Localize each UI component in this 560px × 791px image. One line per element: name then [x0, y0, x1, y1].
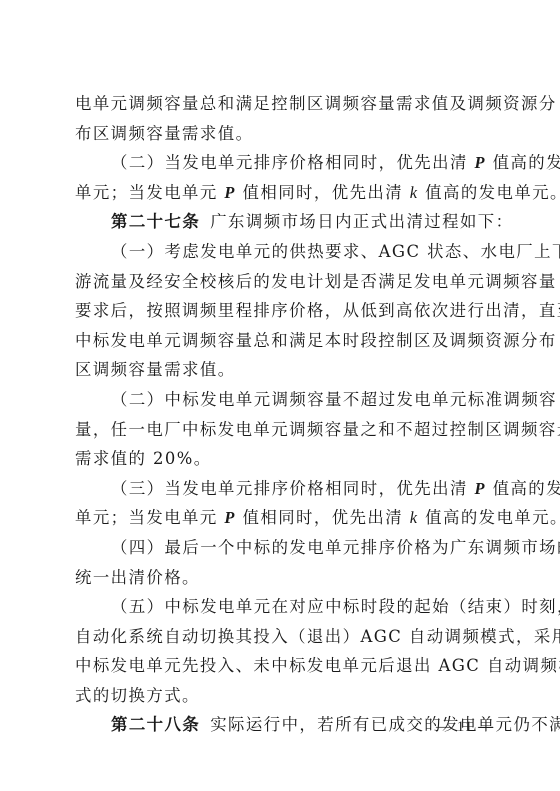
text-line: 需求值的 20%。	[75, 444, 489, 474]
variable-p: P	[224, 183, 235, 202]
text-segment: 单元；当发电单元	[75, 183, 224, 202]
document-page: 电单元调频容量总和满足控制区调频容量需求值及调频资源分 布区调频容量需求值。 （…	[0, 0, 560, 791]
variable-p: P	[474, 153, 485, 172]
text-segment: （三）当发电单元排序价格相同时，优先出清	[111, 479, 474, 498]
text-line: （二）当发电单元排序价格相同时，优先出清 P 值高的发电	[75, 148, 489, 178]
text-line: （三）当发电单元排序价格相同时，优先出清 P 值高的发电	[75, 474, 489, 504]
text-line: 电单元调频容量总和满足控制区调频容量需求值及调频资源分	[75, 89, 489, 119]
text-line: 区调频容量需求值。	[75, 355, 489, 385]
text-line: 式的切换方式。	[75, 681, 489, 711]
article-heading-line: 第二十七条广东调频市场日内正式出清过程如下：	[75, 207, 489, 237]
text-line: 单元；当发电单元 P 值相同时，优先出清 k 值高的发电单元。	[75, 503, 489, 533]
text-segment: 值相同时，优先出清	[236, 508, 410, 527]
text-line: （一）考虑发电单元的供热要求、AGC 状态、水电厂上下	[75, 237, 489, 267]
article-number: 第二十八条	[111, 715, 200, 734]
text-line: 量，任一电厂中标发电单元调频容量之和不超过控制区调频容量	[75, 415, 489, 445]
text-line: 统一出清价格。	[75, 563, 489, 593]
text-line: 要求后，按照调频里程排序价格，从低到高依次进行出清，直至	[75, 296, 489, 326]
text-line: （四）最后一个中标的发电单元排序价格为广东调频市场的	[75, 533, 489, 563]
text-line: （二）中标发电单元调频容量不超过发电单元标准调频容	[75, 385, 489, 415]
text-segment: 单元；当发电单元	[75, 508, 224, 527]
text-line: 中标发电单元调频容量总和满足本时段控制区及调频资源分布	[75, 326, 489, 356]
text-line: 单元；当发电单元 P 值相同时，优先出清 k 值高的发电单元。	[75, 178, 489, 208]
text-line: 中标发电单元先投入、未中标发电单元后退出 AGC 自动调频模	[75, 651, 489, 681]
text-line: 游流量及经安全校核后的发电计划是否满足发电单元调频容量	[75, 267, 489, 297]
article-number: 第二十七条	[111, 212, 200, 231]
text-line: （五）中标发电单元在对应中标时段的起始（结束）时刻，	[75, 592, 489, 622]
text-segment: 值高的发电	[486, 153, 560, 172]
variable-p: P	[224, 508, 235, 527]
text-segment: （二）当发电单元排序价格相同时，优先出清	[111, 153, 474, 172]
page-number: — 11 —	[436, 719, 494, 736]
text-segment: 值高的发电单元。	[418, 508, 560, 527]
text-segment: 广东调频市场日内正式出清过程如下：	[210, 212, 513, 231]
article-heading-line: 第二十八条实际运行中，若所有已成交的发电单元仍不满	[75, 710, 489, 740]
text-segment: 值高的发电	[486, 479, 560, 498]
text-segment: 值相同时，优先出清	[236, 183, 410, 202]
document-body: 电单元调频容量总和满足控制区调频容量需求值及调频资源分 布区调频容量需求值。 （…	[75, 89, 489, 740]
variable-p: P	[474, 479, 485, 498]
text-segment: 实际运行中，若所有已成交的发电单元仍不满	[210, 715, 560, 734]
text-line: 自动化系统自动切换其投入（退出）AGC 自动调频模式，采用	[75, 622, 489, 652]
text-line: 布区调频容量需求值。	[75, 119, 489, 149]
text-segment: 值高的发电单元。	[418, 183, 560, 202]
